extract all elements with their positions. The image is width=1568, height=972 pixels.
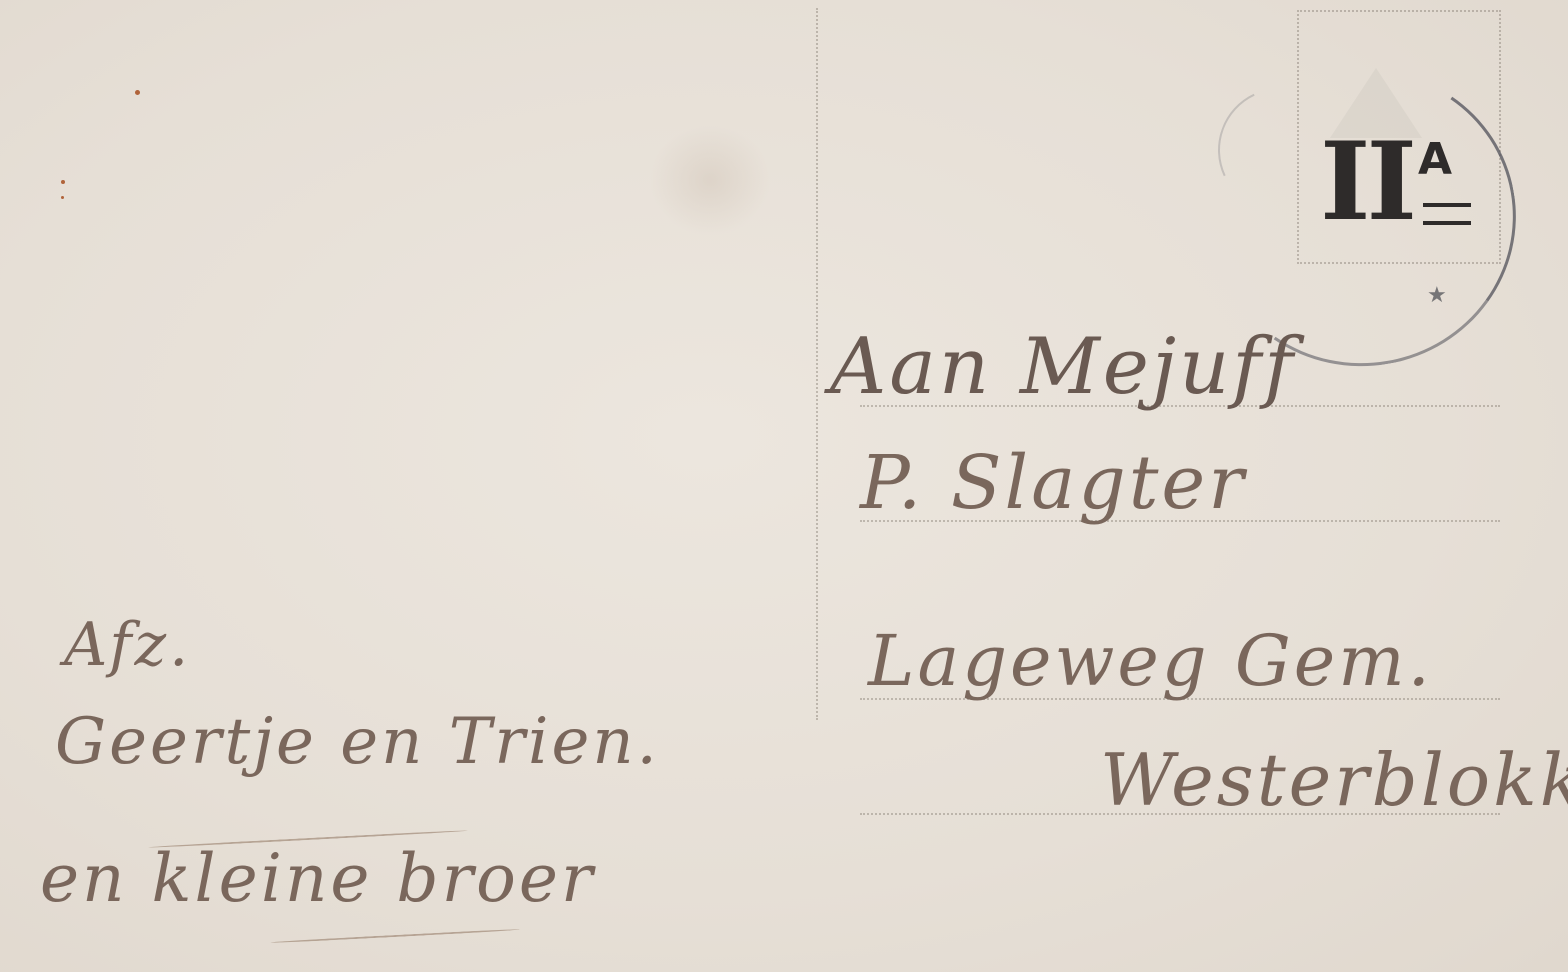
ink-speck (61, 196, 64, 199)
postage-mark-double-underline (1423, 203, 1471, 225)
postcard-back: ★ II A Aan Mejuff P. Slagter Lageweg Gem… (0, 0, 1568, 972)
sender-flourish-bottom (270, 928, 520, 943)
sender-names: Geertje en Trien. (55, 705, 660, 779)
address-line-recipient-title: Aan Mejuff (830, 322, 1296, 412)
postmark-star-icon: ★ (1427, 283, 1447, 308)
sender-label: Afz. (64, 610, 191, 680)
postage-mark-roman-numeral: II (1320, 128, 1413, 236)
address-line-street: Lageweg Gem. (868, 620, 1433, 702)
ink-speck (61, 180, 65, 184)
address-line-town: Westerblokker (1100, 738, 1568, 822)
sender-addendum: en kleine broer (40, 840, 596, 917)
center-divider-line (816, 8, 818, 720)
postage-mark-letter: A (1418, 138, 1452, 182)
address-line-recipient-name: P. Slagter (860, 440, 1247, 526)
ink-speck (135, 90, 140, 95)
